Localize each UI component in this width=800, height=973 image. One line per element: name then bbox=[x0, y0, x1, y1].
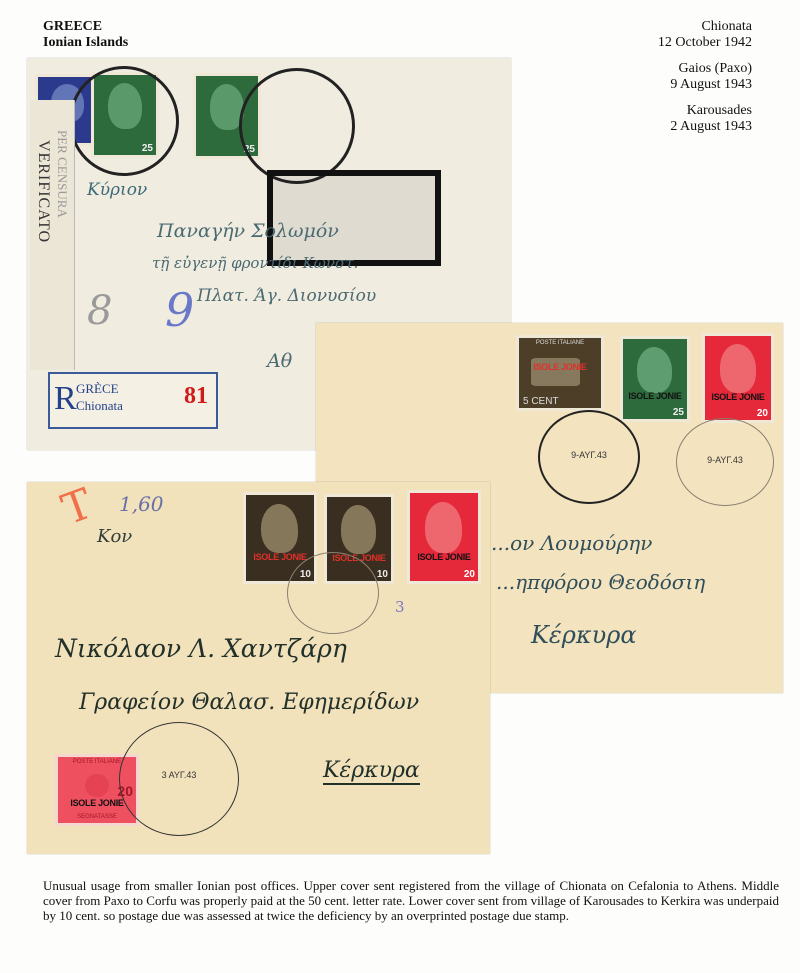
description-text: Unusual usage from smaller Ionian post o… bbox=[43, 878, 779, 923]
dates-list: Chionata 12 October 1942 Gaios (Paxo) 9 … bbox=[658, 19, 752, 145]
due-amount: 1,60 bbox=[119, 492, 164, 516]
censor-text: VERIFICATO bbox=[34, 140, 52, 243]
handwritten-city: Κέρκυρα bbox=[531, 621, 637, 649]
date-entry: Chionata 12 October 1942 bbox=[658, 19, 752, 51]
country-title: GREECE bbox=[43, 19, 128, 35]
handwritten-city: Κέρκυρα bbox=[323, 758, 420, 785]
handwritten-address: Κύριον bbox=[87, 180, 147, 200]
stamp: ISOLE JONIE 20 bbox=[407, 490, 481, 584]
date-place: Chionata bbox=[658, 19, 752, 35]
handwritten-address: ...ον Λουμούρην bbox=[491, 531, 652, 555]
handwritten-prefix: Κον bbox=[97, 526, 132, 547]
lower-cover: T 1,60 Κον ISOLE JONIE 10 ISOLE JONIE 10… bbox=[27, 482, 490, 854]
registration-office: Chionata bbox=[76, 397, 123, 414]
tax-mark: T bbox=[55, 479, 98, 535]
censor-text-secondary: PER CENSURA bbox=[54, 130, 70, 218]
postmark-cancel: 3 ΑΥΓ.43 bbox=[119, 722, 239, 836]
date-entry: Karousades 2 August 1943 bbox=[658, 103, 752, 135]
pencil-mark: 8 bbox=[87, 288, 112, 334]
registration-country: GRÈCE bbox=[76, 380, 123, 397]
stamp: ISOLE JONIE 20 bbox=[702, 333, 774, 423]
postmark-cancel bbox=[69, 66, 179, 176]
date-place: Gaios (Paxo) bbox=[658, 61, 752, 77]
page-header: GREECE Ionian Islands bbox=[43, 19, 128, 51]
region-title: Ionian Islands bbox=[43, 35, 128, 51]
date-value: 12 October 1942 bbox=[658, 35, 752, 51]
blue-crayon-mark: 9 bbox=[165, 283, 194, 337]
postmark-cancel: 9-ΑΥΓ.43 bbox=[538, 410, 640, 504]
postmark-cancel: 9-ΑΥΓ.43 bbox=[676, 418, 774, 506]
postmark-cancel bbox=[287, 552, 379, 634]
date-value: 9 August 1943 bbox=[658, 77, 752, 93]
registration-origin: GRÈCE Chionata bbox=[76, 380, 123, 414]
registration-number: 81 bbox=[184, 383, 208, 410]
handwritten-address: Νικόλαον Λ. Χαντζάρη bbox=[55, 634, 347, 663]
handwritten-address: Πλατ. Άγ. Διονυσίου bbox=[197, 286, 376, 306]
handwritten-address: Παναγήν Σολωμόν bbox=[157, 220, 339, 242]
date-entry: Gaios (Paxo) 9 August 1943 bbox=[658, 61, 752, 93]
handwritten-address: ...ηπφόρου Θεοδόσιη bbox=[496, 570, 705, 594]
handwritten-address: Γραφείον Θαλασ. Εφημερίδων bbox=[79, 690, 419, 715]
stamp: POSTE ITALIANE ISOLE JONIE 5 CENT bbox=[516, 335, 604, 411]
registration-letter: R bbox=[54, 380, 77, 418]
date-place: Karousades bbox=[658, 103, 752, 119]
registration-box-cancel bbox=[267, 170, 441, 266]
censor-label: VERIFICATO PER CENSURA bbox=[30, 100, 75, 370]
stamp: ISOLE JONIE 25 bbox=[620, 336, 690, 422]
registration-label: R GRÈCE Chionata 81 bbox=[48, 372, 218, 429]
pencil-mark: 3 bbox=[395, 598, 405, 616]
date-value: 2 August 1943 bbox=[658, 119, 752, 135]
postmark-cancel bbox=[239, 68, 355, 184]
handwritten-city: Αθ bbox=[267, 350, 292, 372]
handwritten-address: τῇ εὐγενῇ φροντίδι Κωνστ. bbox=[152, 254, 358, 272]
